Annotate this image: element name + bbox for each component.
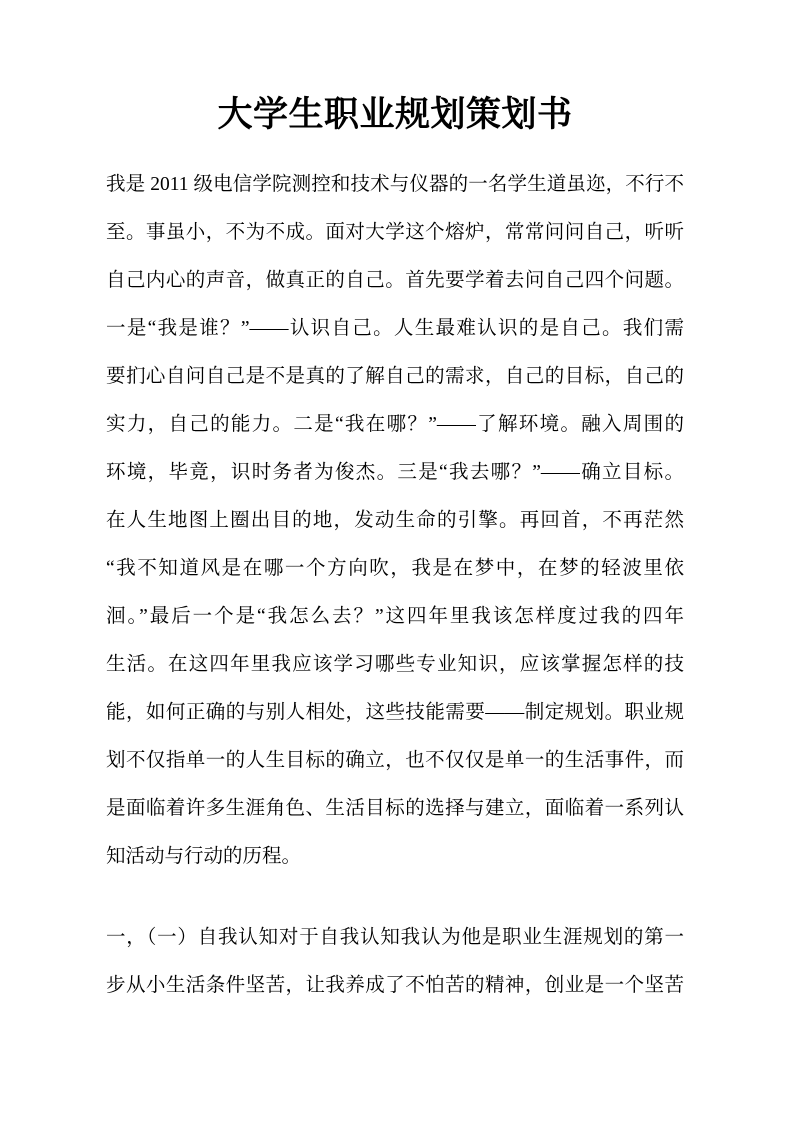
text-line: 至。事虽小，不为不成。面对大学这个熔炉，常常问问自己，听听: [106, 209, 684, 257]
text-line: 自己内心的声音，做真正的自己。首先要学着去问自己四个问题。: [106, 257, 684, 305]
document-page: 大学生职业规划策划书 我是 2011 级电信学院测控和技术与仪器的一名学生道虽迩…: [0, 0, 793, 1122]
document-title: 大学生职业规划策划书: [106, 93, 684, 137]
text-line: 步从小生活条件坚苦，让我养成了不怕苦的精神，创业是一个坚苦: [106, 962, 684, 1010]
paragraph-1: 我是 2011 级电信学院测控和技术与仪器的一名学生道虽迩，不行不 至。事虽小，…: [106, 161, 684, 881]
text-line: 要扪心自问自己是不是真的了解自己的需求，自己的目标，自己的: [106, 353, 684, 401]
text-line: 能，如何正确的与别人相处，这些技能需要——制定规划。职业规: [106, 689, 684, 737]
text-line: 我是 2011 级电信学院测控和技术与仪器的一名学生道虽迩，不行不: [106, 161, 684, 209]
text-line: 生活。在这四年里我应该学习哪些专业知识，应该掌握怎样的技: [106, 641, 684, 689]
paragraph-2: 一，（一）自我认知对于自我认知我认为他是职业生涯规划的第一 步从小生活条件坚苦，…: [106, 914, 684, 1010]
text-line: 洄。”最后一个是“我怎么去？”这四年里我该怎样度过我的四年: [106, 593, 684, 641]
text-line: 划不仅指单一的人生目标的确立，也不仅仅是单一的生活事件，而: [106, 737, 684, 785]
text-line: 环境，毕竟，识时务者为俊杰。三是“我去哪？”——确立目标。: [106, 449, 684, 497]
text-line: 知活动与行动的历程。: [106, 833, 684, 881]
text-line: 实力，自己的能力。二是“我在哪？”——了解环境。融入周围的: [106, 401, 684, 449]
text-line: 一，（一）自我认知对于自我认知我认为他是职业生涯规划的第一: [106, 914, 684, 962]
text-line: 一是“我是谁？”——认识自己。人生最难认识的是自己。我们需: [106, 305, 684, 353]
text-line: 在人生地图上圈出目的地，发动生命的引擎。再回首，不再茫然: [106, 497, 684, 545]
text-line: “我不知道风是在哪一个方向吹，我是在梦中，在梦的轻波里依: [106, 545, 684, 593]
text-line: 是面临着许多生涯角色、生活目标的选择与建立，面临着一系列认: [106, 785, 684, 833]
